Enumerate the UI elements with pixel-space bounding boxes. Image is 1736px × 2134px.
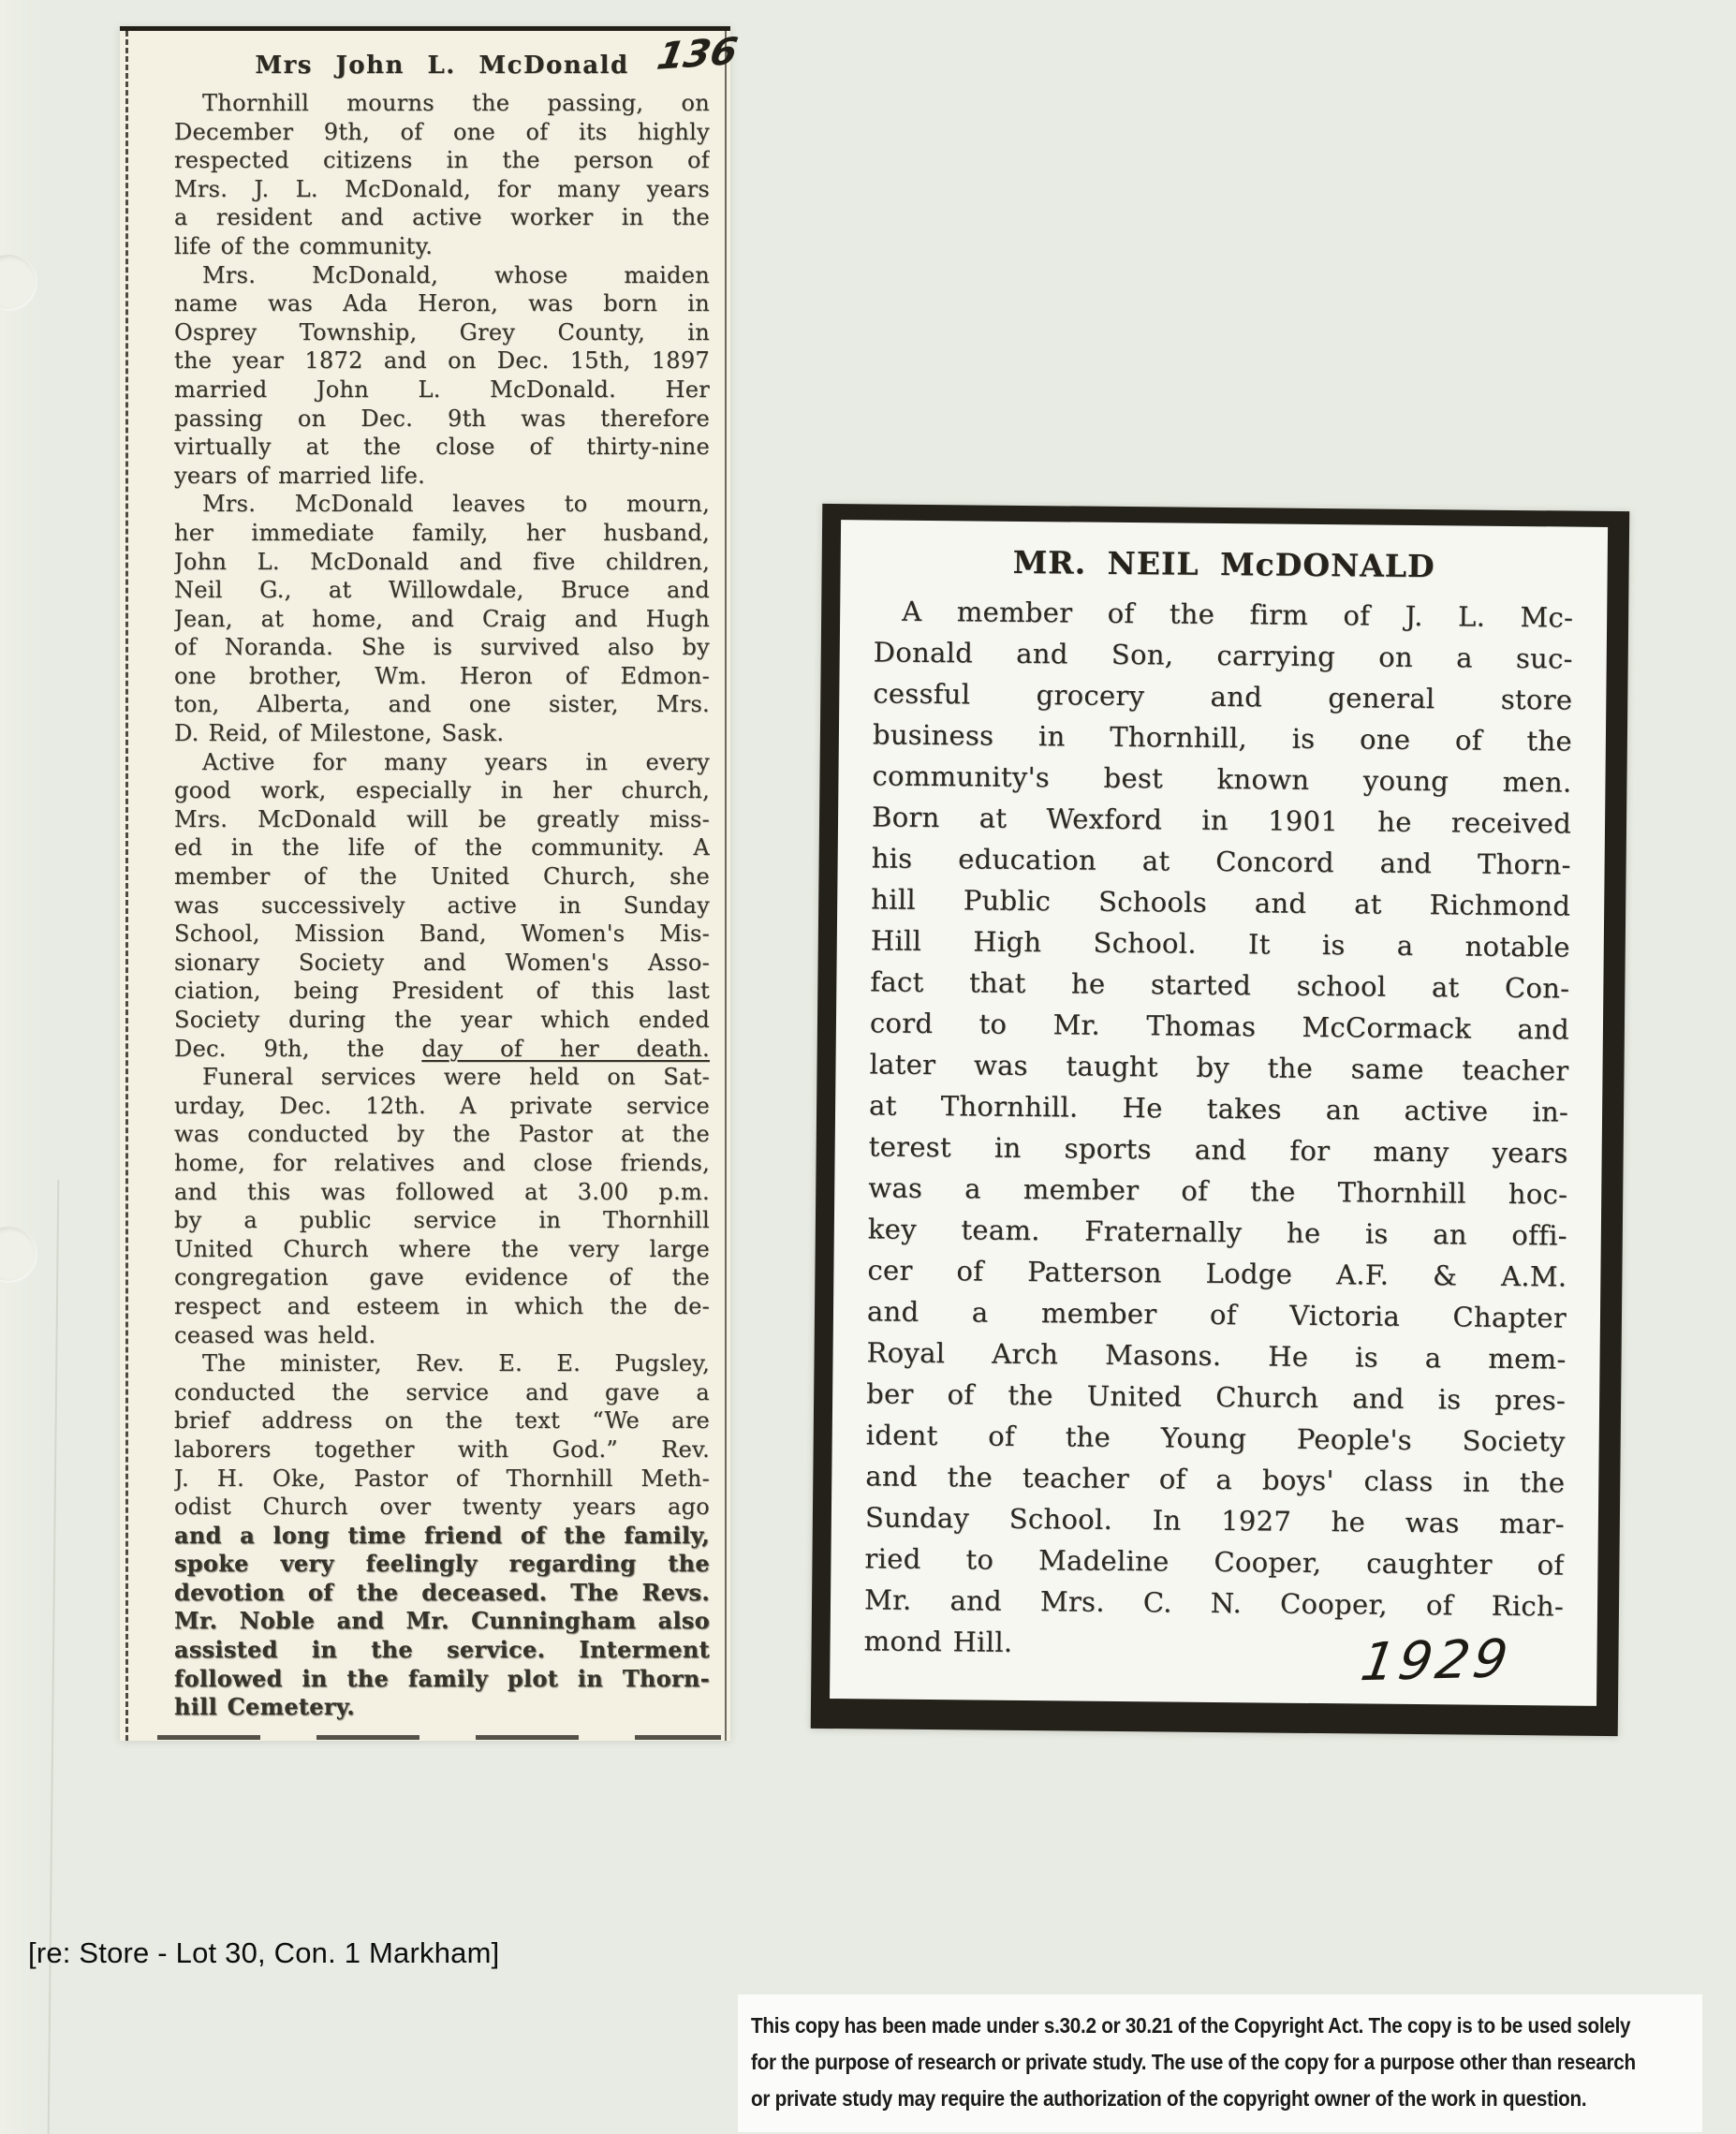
clipping-line: home, for relatives and close friends,	[174, 1149, 710, 1178]
profile-clipping: MR. NEIL McDONALD A member of the firm o…	[811, 504, 1630, 1736]
clipping-line: Dec. 9th, the day of her death.	[174, 1035, 710, 1064]
clipping-line: Hill High School. It is a notable	[871, 920, 1570, 967]
clipping-line: Born at Wexford in 1901 he received	[872, 796, 1571, 844]
clipping-line: terest in sports and for many years	[868, 1126, 1567, 1173]
clipping-line: and a member of Victoria Chapter	[867, 1290, 1567, 1338]
caption: [re: Store - Lot 30, Con. 1 Markham]	[28, 1936, 499, 1970]
clipping-line: respect and esteem in which the de-	[174, 1292, 710, 1321]
handwritten-number: 136	[654, 30, 741, 79]
clipping-line: brief address on the text “We are	[174, 1406, 710, 1435]
clipping-line: hill Cemetery.	[174, 1693, 710, 1722]
clipping-line: assisted in the service. Interment	[174, 1636, 710, 1665]
clipping-line: cord to Mr. Thomas McCormack and	[870, 1002, 1569, 1050]
clipping-line: Sunday School. In 1927 he was mar-	[865, 1496, 1565, 1544]
clipping-line: cessful grocery and general store	[873, 672, 1572, 720]
clipping-line: and this was followed at 3.00 p.m.	[174, 1178, 710, 1207]
clipping-line: urday, Dec. 12th. A private service	[174, 1092, 710, 1121]
clipping-line: Jean, at home, and Craig and Hugh	[174, 605, 710, 634]
clipping-line: was successively active in Sunday	[174, 891, 710, 920]
copyright-line: or private study may require the authori…	[751, 2081, 1597, 2117]
clipping-line: sionary Society and Women's Asso-	[174, 949, 710, 978]
clipping-line: name was Ada Heron, was born in	[174, 289, 710, 318]
clipping-line: by a public service in Thornhill	[174, 1206, 710, 1235]
column-rule-left	[125, 31, 128, 1741]
scanned-archive-page: { "page": { "caption": "[re: Store - Lot…	[0, 0, 1736, 2134]
clipping-line: Thornhill mourns the passing, on	[174, 89, 710, 118]
clipping-line: life of the community.	[174, 232, 710, 261]
clipping-line: business in Thornhill, is one of the	[873, 714, 1572, 761]
clipping-line: Mr. and Mrs. C. N. Cooper, of Rich-	[864, 1579, 1564, 1626]
copyright-notice: This copy has been made under s.30.2 or …	[738, 1994, 1702, 2132]
page-crease	[48, 1180, 60, 2134]
clipping-line: her immediate family, her husband,	[174, 519, 710, 548]
hole-punch-bottom	[0, 1227, 36, 1281]
clipping-line: his education at Concord and Thorn-	[871, 837, 1570, 885]
clipping-line: Royal Arch Masons. He is a mem-	[866, 1332, 1566, 1379]
clipping-line: Society during the year which ended	[174, 1006, 710, 1035]
clipping-line: United Church where the very large	[174, 1235, 710, 1264]
clipping-line: respected citizens in the person of	[174, 146, 710, 175]
clipping-line: married John L. McDonald. Her	[174, 375, 710, 405]
clipping-line: passing on Dec. 9th was therefore	[174, 405, 710, 434]
clipping-line: The minister, Rev. E. E. Pugsley,	[174, 1349, 710, 1378]
clipping-line: the year 1872 and on Dec. 15th, 1897	[174, 346, 710, 375]
clipping-line: congregation gave evidence of the	[174, 1263, 710, 1292]
copyright-line: for the purpose of research or private s…	[751, 2044, 1597, 2081]
clipping-line: devotion of the deceased. The Revs.	[174, 1579, 710, 1608]
clipping-line: Mrs. McDonald leaves to mourn,	[174, 490, 710, 519]
clipping-line: was a member of the Thornhill hoc-	[868, 1167, 1567, 1214]
clipping-line: Mr. Noble and Mr. Cunningham also	[174, 1607, 710, 1636]
clipping-line: followed in the family plot in Thorn-	[174, 1665, 710, 1694]
clipping-line: Mrs. McDonald, whose maiden	[174, 261, 710, 290]
clipping-line: key team. Fraternally he is an offi-	[868, 1208, 1567, 1256]
clipping-line: good work, especially in her church,	[174, 776, 710, 805]
clipping-line: member of the United Church, she	[174, 862, 710, 891]
profile-title: MR. NEIL McDONALD	[841, 542, 1608, 586]
clipping-line: at Thornhill. He takes an active in-	[869, 1084, 1568, 1132]
clipping-line: ident of the Young People's Society	[866, 1414, 1566, 1462]
profile-paper: MR. NEIL McDONALD A member of the firm o…	[830, 520, 1608, 1706]
clipping-line: ber of the United Church and is pres-	[866, 1373, 1566, 1420]
handwritten-year: 1929	[1358, 1628, 1516, 1693]
clipping-line: December 9th, of one of its highly	[174, 118, 710, 147]
clipping-line: ried to Madeline Cooper, caughter of	[864, 1538, 1564, 1585]
obituary-text: Mrs John L. McDonald Thornhill mourns th…	[174, 46, 710, 1722]
clipping-line: spoke very feelingly regarding the	[174, 1550, 710, 1579]
clipping-line: ton, Alberta, and one sister, Mrs.	[174, 690, 710, 719]
copyright-line: This copy has been made under s.30.2 or …	[751, 2008, 1597, 2044]
clipping-line: Funeral services were held on Sat-	[174, 1063, 710, 1092]
clipping-line: conducted the service and gave a	[174, 1378, 710, 1407]
clipping-line: was conducted by the Pastor at the	[174, 1120, 710, 1149]
clipping-line: A member of the firm of J. L. Mc-	[874, 590, 1573, 638]
clipping-line: and a long time friend of the family,	[174, 1522, 710, 1551]
clipping-line: D. Reid, of Milestone, Sask.	[174, 719, 710, 748]
clipping-line: ciation, being President of this last	[174, 977, 710, 1006]
clipping-line: Mrs. J. L. McDonald, for many years	[174, 175, 710, 204]
clipping-line: Neil G., at Willowdale, Bruce and	[174, 576, 710, 605]
column-rule-right	[725, 31, 727, 1741]
clipping-line: J. H. Oke, Pastor of Thornhill Meth-	[174, 1464, 710, 1494]
clipping-line: ceased was held.	[174, 1321, 710, 1350]
clipping-line: community's best known young men.	[872, 755, 1571, 802]
clipping-line: hill Public Schools and at Richmond	[871, 878, 1570, 926]
clipping-line: Mrs. McDonald will be greatly miss-	[174, 805, 710, 834]
clipping-line: later was taught by the same teacher	[869, 1043, 1568, 1091]
clipping-line: Osprey Township, Grey County, in	[174, 318, 710, 347]
obituary-clipping: Mrs John L. McDonald Thornhill mourns th…	[120, 26, 730, 1741]
clipping-line: Active for many years in every	[174, 748, 710, 777]
clipping-line: fact that he started school at Con-	[870, 961, 1569, 1008]
clipping-line: virtually at the close of thirty-nine	[174, 433, 710, 462]
clipping-line: one brother, Wm. Heron of Edmon-	[174, 662, 710, 691]
clipping-line: ed in the life of the community. A	[174, 833, 710, 862]
clipping-line: Donald and Son, carrying on a suc-	[874, 631, 1573, 679]
clipping-line: John L. McDonald and five children,	[174, 548, 710, 577]
clipping-line: of Noranda. She is survived also by	[174, 633, 710, 662]
clipping-line: years of married life.	[174, 462, 710, 491]
profile-body: A member of the firm of J. L. Mc-Donald …	[830, 590, 1607, 1669]
clipping-line: cer of Patterson Lodge A.F. & A.M.	[867, 1249, 1567, 1297]
obituary-body: Thornhill mourns the passing, onDecember…	[174, 89, 710, 1722]
clipping-line: School, Mission Band, Women's Mis-	[174, 920, 710, 949]
obituary-title: Mrs John L. McDonald	[174, 52, 710, 80]
hole-punch-top	[0, 255, 36, 309]
clipping-line: and the teacher of a boys' class in the	[865, 1455, 1565, 1503]
clipping-line: laborers together with God.” Rev.	[174, 1435, 710, 1464]
clipping-line: odist Church over twenty years ago	[174, 1493, 710, 1522]
clipping-line: a resident and active worker in the	[174, 203, 710, 232]
